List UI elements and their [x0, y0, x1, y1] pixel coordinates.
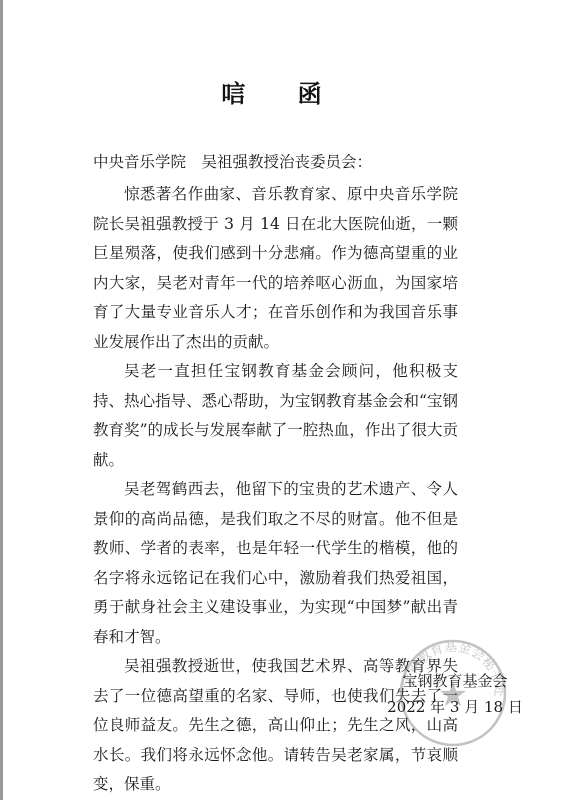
paragraph: 吴老一直担任宝钢教育基金会顾问，他积极支持、热心指导、悉心帮助，为宝钢教育基金会…: [93, 357, 458, 475]
signature-block: 宝钢教育基金会 2022 年 3 月 18 日: [380, 668, 530, 720]
scan-edge: [0, 0, 3, 800]
signature-date: 2022 年 3 月 18 日: [380, 694, 530, 720]
paragraph: 吴老驾鹤西去，他留下的宝贵的艺术遗产、令人景仰的高尚品德，是我们取之不尽的财富。…: [93, 475, 458, 652]
salutation: 中央音乐学院 吴祖强教授治丧委员会：: [93, 152, 372, 172]
page-title: 唁 函: [0, 74, 565, 109]
paragraph: 惊悉著名作曲家、音乐教育家、原中央音乐学院院长吴祖强教授于 3 月 14 日在北…: [93, 180, 458, 357]
signature-organization: 宝钢教育基金会: [380, 668, 530, 694]
